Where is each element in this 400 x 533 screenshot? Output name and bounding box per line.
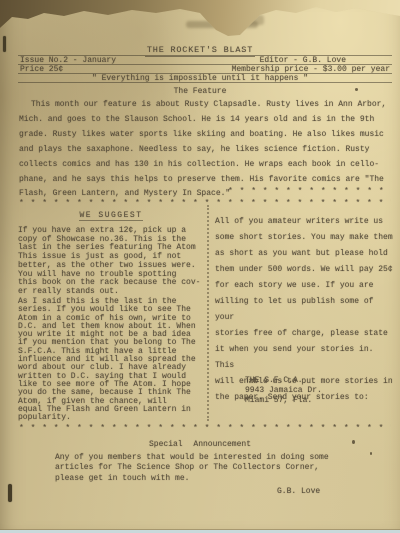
stars-separator-inline: * * * * * * * * * * * * * * * * * bbox=[228, 187, 390, 196]
stars-separator-top: * * * * * * * * * * * * * * * * * * * * … bbox=[19, 199, 391, 208]
masthead-rule bbox=[18, 82, 392, 83]
we-suggest-heading: WE SUGGEST bbox=[79, 211, 142, 221]
paper-speck bbox=[370, 452, 372, 455]
staple-mark bbox=[3, 36, 6, 52]
newsletter-paper: THE ROCKET'S BLAST Issue No.2 - January … bbox=[0, 0, 400, 533]
column-divider bbox=[207, 205, 209, 421]
scanned-newsletter-page: THE ROCKET'S BLAST Issue No.2 - January … bbox=[0, 0, 400, 533]
newsletter-title-line: THE ROCKET'S BLAST bbox=[0, 45, 400, 55]
staple-mark bbox=[8, 484, 12, 502]
announcement-heading: Special Announcement bbox=[0, 440, 400, 449]
signature: G.B. Love bbox=[277, 487, 320, 496]
feature-heading: The Feature bbox=[0, 87, 400, 96]
left-column-para1: If you have an extra 12¢, pick up a copy… bbox=[18, 227, 204, 297]
left-column-para2: As I said this is the last in the series… bbox=[18, 298, 204, 422]
submission-address: THE S.F.C.A. 9943 Jamaica Dr. Miami 57, … bbox=[245, 376, 385, 406]
announcement-body: Any of you members that would be interes… bbox=[55, 453, 355, 484]
stars-separator-bottom: * * * * * * * * * * * * * * * * * * * * … bbox=[19, 424, 391, 433]
left-column-heading: WE SUGGEST bbox=[18, 211, 204, 220]
